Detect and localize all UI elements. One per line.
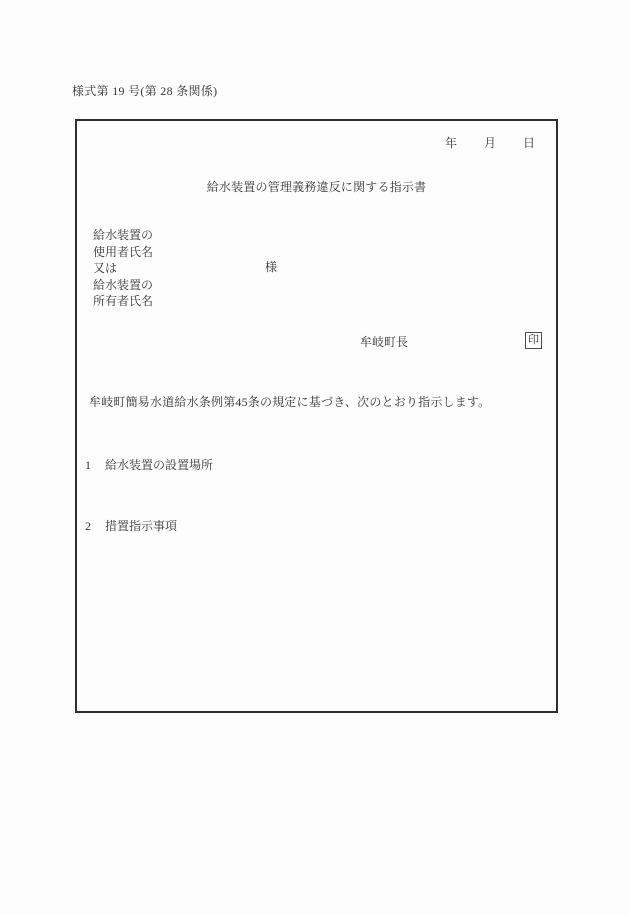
date-line: 年 月 日 (445, 136, 535, 150)
addressee-line: 又は (93, 260, 153, 277)
item-row-2: 2措置指示事項 (85, 519, 177, 533)
addressee-line: 使用者氏名 (93, 244, 153, 261)
honorific-label: 様 (265, 260, 277, 274)
item-number: 1 (85, 458, 105, 472)
form-number-label: 様式第 19 号(第 28 条関係) (72, 84, 217, 98)
item-row-1: 1給水装置の設置場所 (85, 458, 213, 472)
document-frame: 年 月 日 給水装置の管理義務違反に関する指示書 給水装置の 使用者氏名 又は … (75, 119, 558, 713)
seal-mark: 印 (525, 332, 542, 349)
body-sentence: 牟岐町簡易水道給水条例第45条の規定に基づき、次のとおり指示します。 (89, 395, 490, 409)
date-year-label: 年 (445, 136, 457, 150)
date-day-label: 日 (523, 136, 535, 150)
date-month-label: 月 (484, 136, 496, 150)
addressee-block: 給水装置の 使用者氏名 又は 給水装置の 所有者氏名 (93, 227, 153, 310)
addressee-line: 所有者氏名 (93, 293, 153, 310)
item-label: 措置指示事項 (105, 519, 177, 533)
addressee-line: 給水装置の (93, 227, 153, 244)
issuer-name: 牟岐町長 (360, 335, 408, 349)
item-number: 2 (85, 519, 105, 533)
document-page: { "page": { "form_label": "様式第 19 号(第 28… (0, 0, 630, 915)
addressee-line: 給水装置の (93, 277, 153, 294)
document-title: 給水装置の管理義務違反に関する指示書 (77, 180, 556, 194)
item-label: 給水装置の設置場所 (105, 458, 213, 472)
